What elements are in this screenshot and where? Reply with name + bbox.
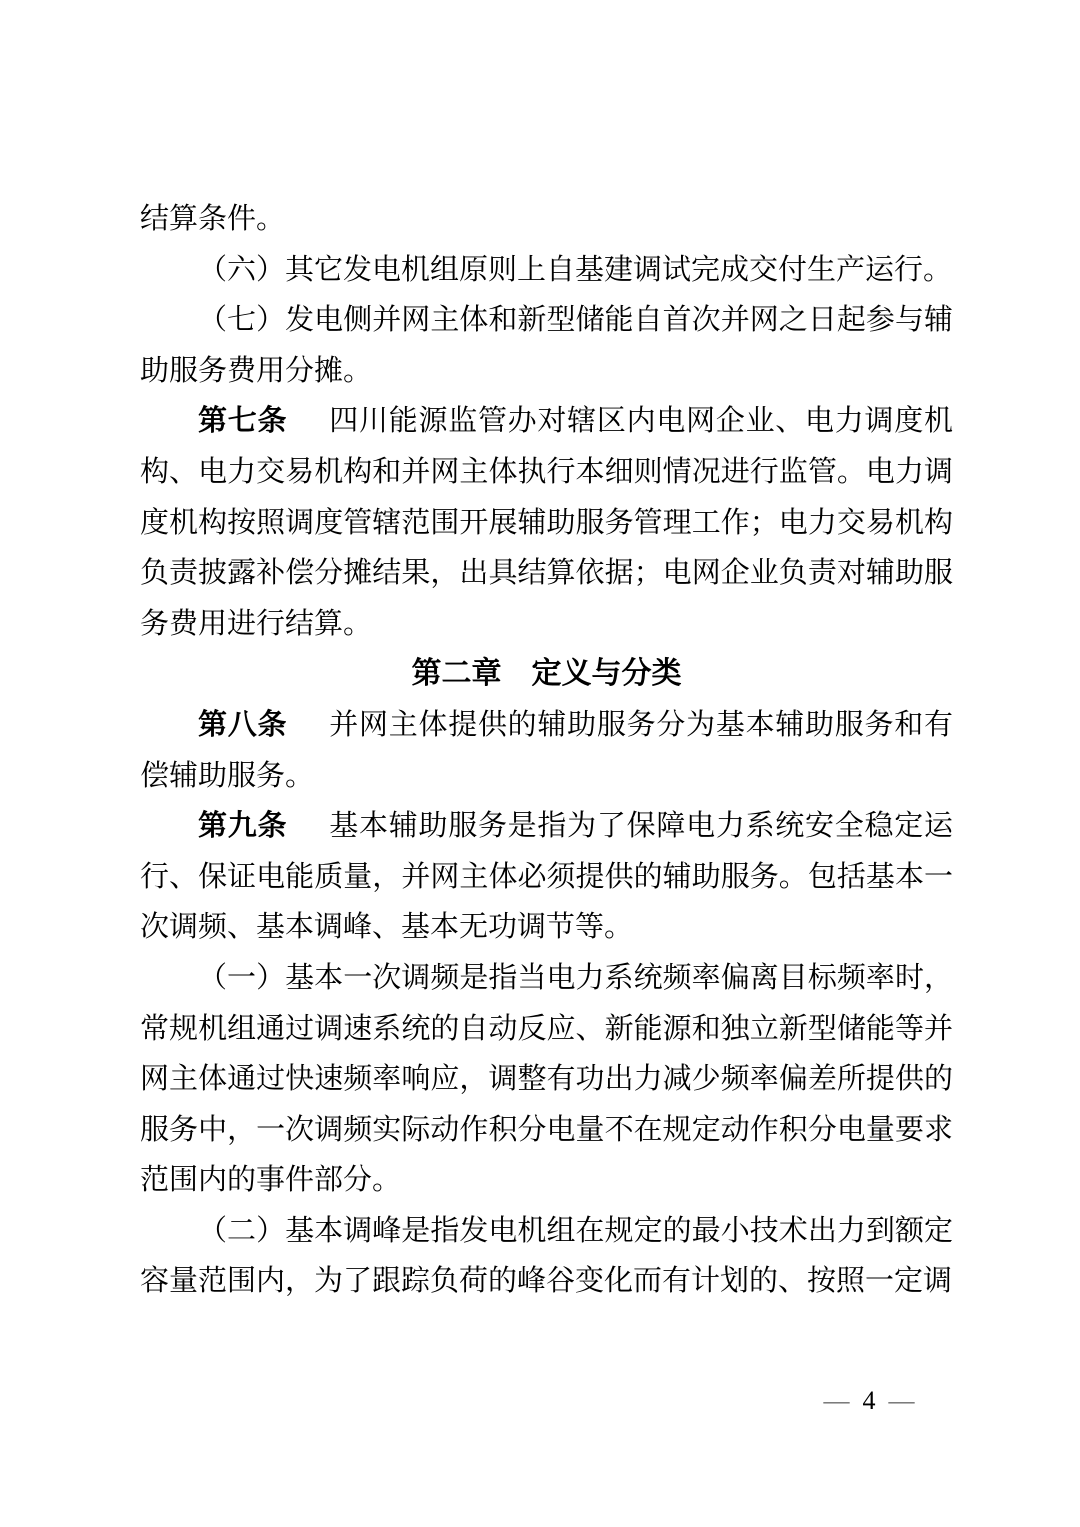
- paragraph-article-9: 第九条基本辅助服务是指为了保障电力系统安全稳定运行、保证电能质量，并网主体必须提…: [140, 801, 953, 953]
- article-7-label: 第七条: [198, 405, 287, 437]
- paragraph-item-6: （六）其它发电机组原则上自基建调试完成交付生产运行。: [140, 245, 953, 296]
- chapter-2-label: 第二章: [412, 657, 502, 690]
- page-number: 4: [863, 1386, 876, 1416]
- paragraph-article-8: 第八条并网主体提供的辅助服务分为基本辅助服务和有偿辅助服务。: [140, 700, 953, 801]
- paragraph-article-7: 第七条四川能源监管办对辖区内电网企业、电力调度机构、电力交易机构和并网主体执行本…: [140, 396, 953, 649]
- paragraph-text: （二）基本调峰是指发电机组在规定的最小技术出力到额定容量范围内，为了跟踪负荷的峰…: [140, 1215, 953, 1298]
- footer-dash-left: —: [824, 1386, 850, 1416]
- paragraph-item-7: （七）发电侧并网主体和新型储能自首次并网之日起参与辅助服务费用分摊。: [140, 295, 953, 396]
- paragraph-item-1: （一）基本一次调频是指当电力系统频率偏离目标频率时，常规机组通过调速系统的自动反…: [140, 953, 953, 1206]
- chapter-2-heading: 第二章定义与分类: [140, 649, 953, 700]
- paragraph-text: （一）基本一次调频是指当电力系统频率偏离目标频率时，常规机组通过调速系统的自动反…: [140, 962, 953, 1196]
- article-8-label: 第八条: [198, 709, 287, 741]
- paragraph-continuation: 结算条件。: [140, 194, 953, 245]
- article-9-label: 第九条: [198, 810, 287, 842]
- footer-dash-right: —: [889, 1386, 915, 1416]
- document-body: 结算条件。 （六）其它发电机组原则上自基建调试完成交付生产运行。 （七）发电侧并…: [140, 194, 953, 1307]
- paragraph-text: （六）其它发电机组原则上自基建调试完成交付生产运行。: [198, 254, 952, 286]
- paragraph-text: 四川能源监管办对辖区内电网企业、电力调度机构、电力交易机构和并网主体执行本细则情…: [140, 405, 953, 639]
- paragraph-text: （七）发电侧并网主体和新型储能自首次并网之日起参与辅助服务费用分摊。: [140, 304, 953, 387]
- paragraph-text: 结算条件。: [140, 203, 285, 235]
- page-footer: — 4 —: [813, 1386, 925, 1416]
- paragraph-item-2: （二）基本调峰是指发电机组在规定的最小技术出力到额定容量范围内，为了跟踪负荷的峰…: [140, 1206, 953, 1307]
- chapter-2-title: 定义与分类: [532, 657, 682, 690]
